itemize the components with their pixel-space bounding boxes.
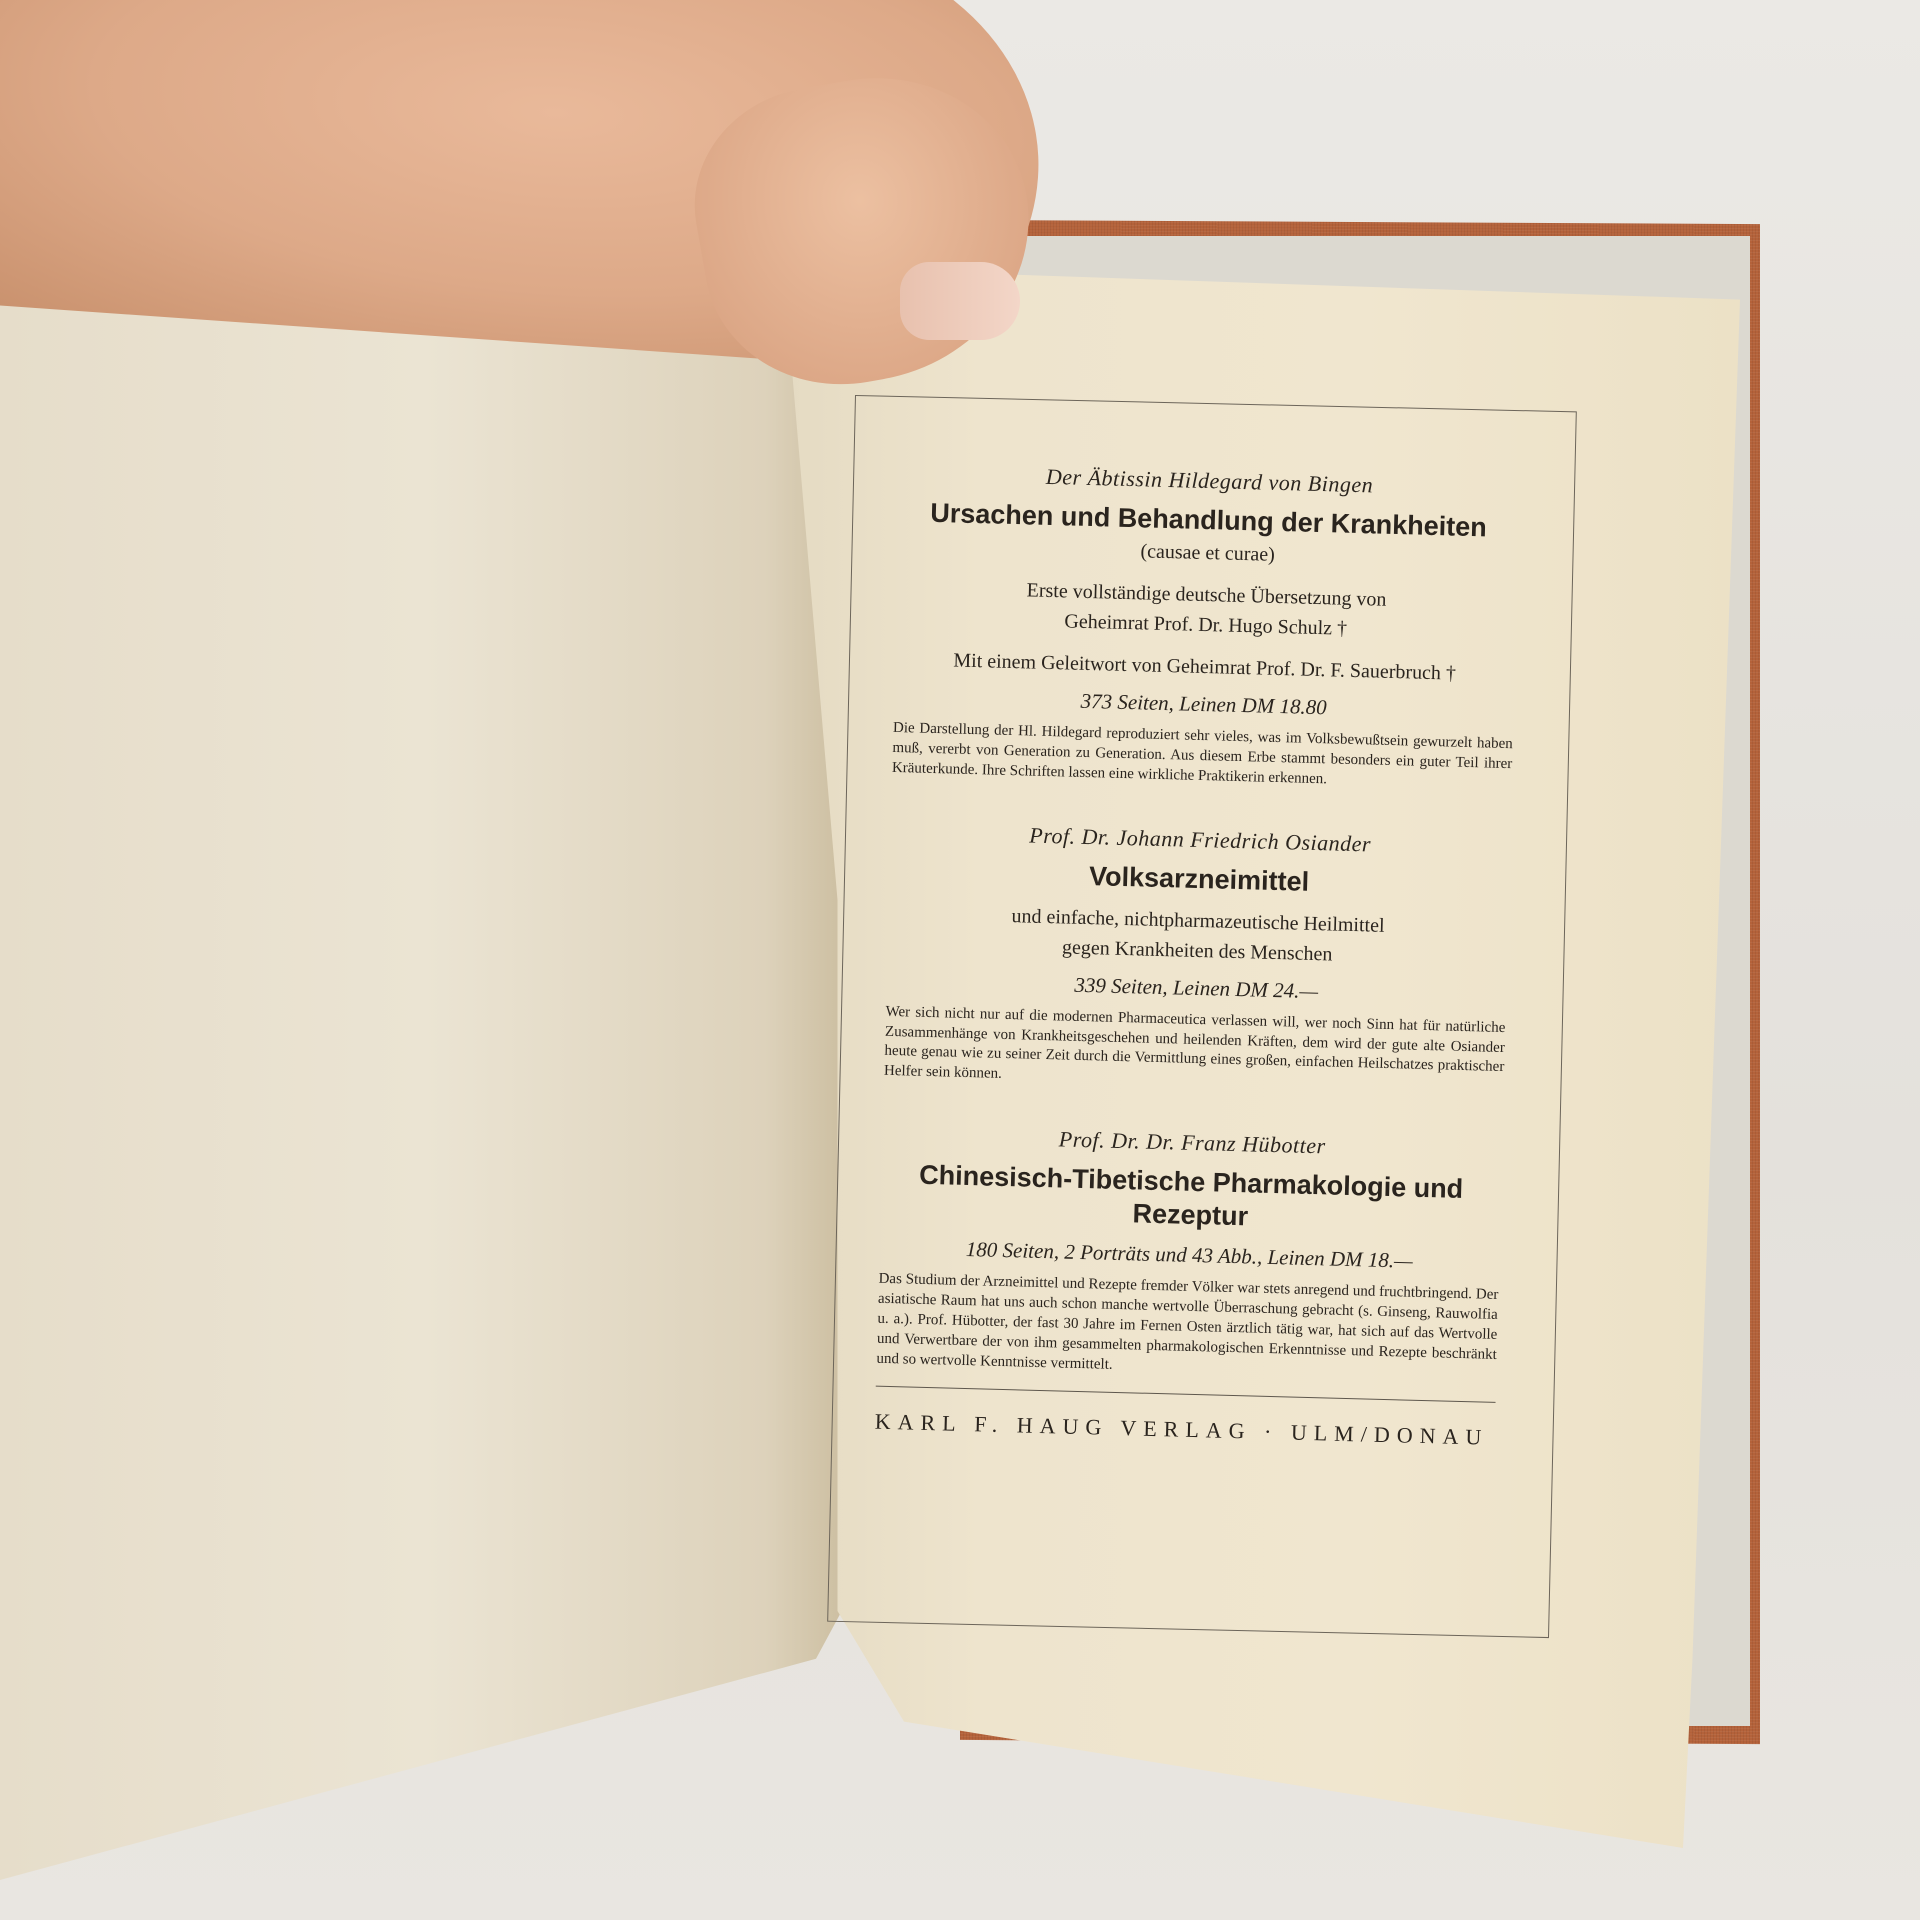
- publisher-imprint: KARL F. HAUG VERLAG · ULM/DONAU: [874, 1408, 1494, 1450]
- divider-rule: [876, 1385, 1496, 1402]
- book-price: 339 Seiten, Leinen DM 24.—: [886, 967, 1506, 1008]
- book-author: Prof. Dr. Johann Friedrich Osiander: [890, 819, 1510, 861]
- book-entry-3: Prof. Dr. Dr. Franz Hübotter Chinesisch-…: [876, 1122, 1502, 1386]
- left-page-blank: [0, 300, 850, 1880]
- book-blurb: Das Studium der Arzneimittel und Rezepte…: [876, 1270, 1498, 1386]
- book-price: 180 Seiten, 2 Porträts und 43 Abb., Lein…: [879, 1235, 1499, 1276]
- thumbnail-nail: [900, 262, 1020, 340]
- advert-text: Der Äbtissin Hildegard von Bingen Ursach…: [874, 460, 1520, 1473]
- book-blurb: Die Darstellung der Hl. Hildegard reprod…: [892, 719, 1513, 795]
- book-title: Chinesisch-Tibetische Pharmakologie und …: [880, 1158, 1501, 1239]
- photo-scene: Der Äbtissin Hildegard von Bingen Ursach…: [0, 0, 1920, 1920]
- book-author: Prof. Dr. Dr. Franz Hübotter: [882, 1122, 1502, 1164]
- book-blurb: Wer sich nicht nur auf die modernen Phar…: [884, 1002, 1506, 1098]
- book-entry-2: Prof. Dr. Johann Friedrich Osiander Volk…: [884, 819, 1511, 1098]
- book-entry-1: Der Äbtissin Hildegard von Bingen Ursach…: [892, 460, 1520, 795]
- book-price: 373 Seiten, Leinen DM 18.80: [893, 684, 1513, 725]
